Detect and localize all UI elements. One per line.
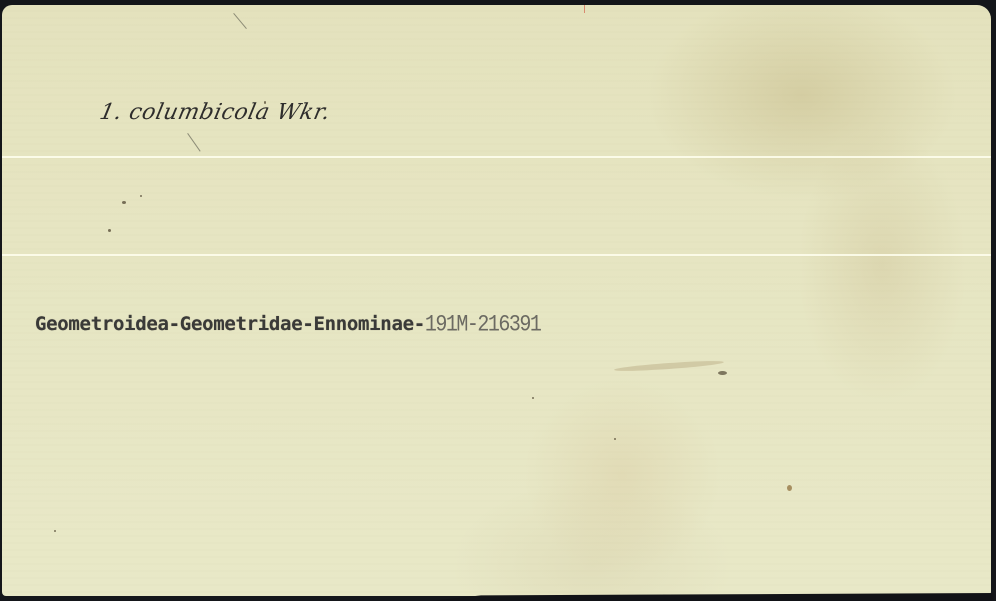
paper-speck xyxy=(122,201,126,204)
paper-speck xyxy=(54,530,56,532)
red-mark xyxy=(584,5,585,13)
paper-stain xyxy=(614,359,724,373)
paper-speck xyxy=(787,485,792,491)
scan-edge-shadow xyxy=(991,300,996,601)
pencil-mark xyxy=(187,133,200,152)
catalog-number: 191M-216391 xyxy=(425,311,541,341)
paper-speck xyxy=(140,195,142,197)
paper-speck xyxy=(718,371,727,375)
paper-speck xyxy=(532,397,534,399)
pencil-mark xyxy=(233,13,247,29)
index-card: 1. columbicola Wkr. Geometroidea-Geometr… xyxy=(2,5,991,596)
scan-frame: 1. columbicola Wkr. Geometroidea-Geometr… xyxy=(0,0,996,601)
card-rule-line xyxy=(2,156,991,158)
card-rule-line xyxy=(2,254,991,256)
typed-classification-line: Geometroidea-Geometridae-Ennominae-191M-… xyxy=(35,311,540,339)
handwritten-species-name: 1. columbicola Wkr. xyxy=(97,100,332,125)
taxonomy-text: Geometroidea-Geometridae-Ennominae- xyxy=(35,313,425,335)
paper-speck xyxy=(614,438,616,440)
paper-speck xyxy=(108,229,111,232)
